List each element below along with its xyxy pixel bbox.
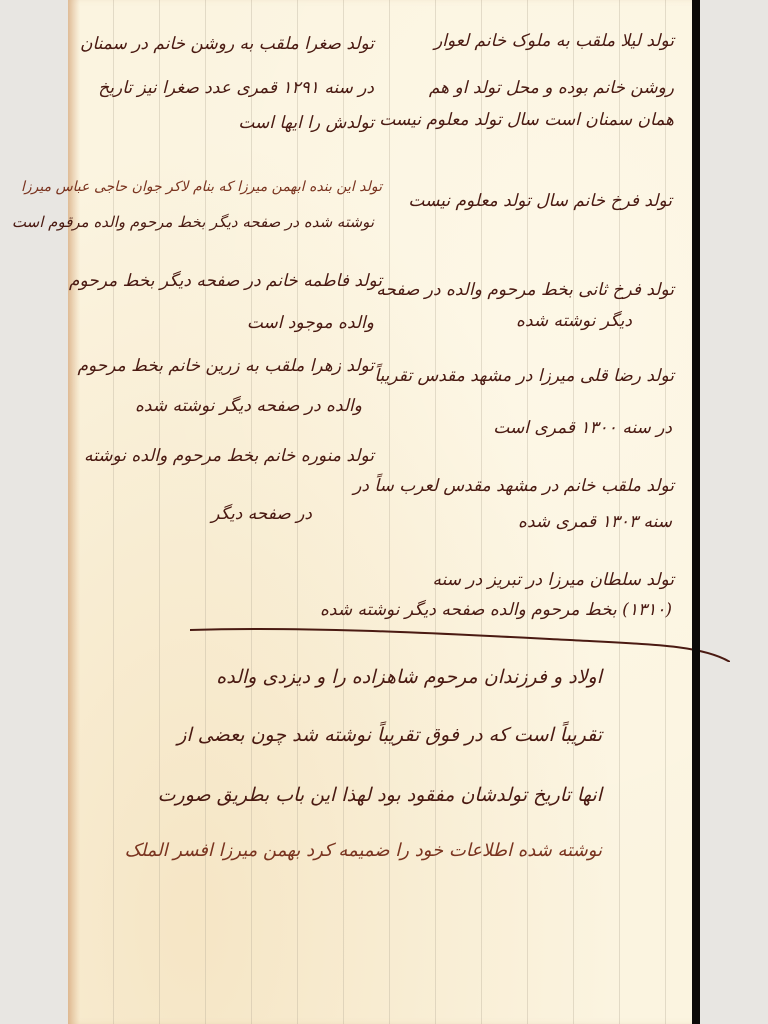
entry-right-2-line-1: تولد فرخ خانم سال تولد معلوم نیست	[408, 193, 672, 210]
manuscript-page: تولد لیلا ملقب به ملوک خانم لعوار روشن خ…	[68, 0, 692, 1024]
section-divider-line	[190, 622, 730, 662]
entry-right-6-line-2: (۱۳۱۰) بخط مرحوم والده صفحه دیگر نوشته ش…	[320, 602, 672, 619]
entry-right-3-line-2: دیگر نوشته شده	[516, 313, 632, 330]
entry-left-4-line-1: تولد زهرا ملقب به زرین خانم بخط مرحوم	[77, 358, 374, 375]
entry-right-4-line-2: در سنه ۱۳۰۰ قمری است	[493, 420, 672, 437]
entry-right-5-line-2: سنه ۱۳۰۳ قمری شده	[518, 514, 672, 531]
entry-left-4-line-2: والده در صفحه دیگر نوشته شده	[135, 398, 362, 415]
entry-right-6-line-1: تولد سلطان میرزا در تبریز در سنه	[433, 572, 674, 589]
entry-left-3-line-2: والده موجود است	[247, 315, 374, 332]
entry-left-1-line-3: تولدش را ایها است	[238, 115, 374, 132]
entry-right-1-line-3: همان سمنان است سال تولد معلوم نیست	[379, 112, 674, 129]
entry-right-1-line-2: روشن خانم بوده و محل تولد او هم	[429, 80, 674, 97]
entry-right-5-line-1: تولد ملقب خانم در مشهد مقدس لعرب ساً در	[353, 478, 674, 495]
paragraph-line-4: نوشته شده اطلاعات خود را ضمیمه کرد بهمن …	[125, 842, 602, 860]
entry-left-2-line-1: تولد این بنده ابهمن میرزا که بنام لاکر ج…	[21, 180, 382, 194]
entry-left-3-line-1: تولد فاطمه خانم در صفحه دیگر بخط مرحوم	[69, 273, 382, 290]
entry-right-1-line-1: تولد لیلا ملقب به ملوک خانم لعوار	[434, 33, 674, 50]
entry-left-2-line-2: نوشته شده در صفحه دیگر بخط مرحوم والده م…	[12, 215, 374, 230]
document-viewer: تولد لیلا ملقب به ملوک خانم لعوار روشن خ…	[0, 0, 768, 1024]
entry-right-3-line-1: تولد فرخ ثانی بخط مرحوم والده در صفحه	[376, 282, 674, 299]
paragraph-line-2: تقریباً است که در فوق تقریباً نوشته شد چ…	[177, 726, 602, 745]
page-binding-edge	[692, 0, 700, 1024]
entry-left-5-line-1: تولد منوره خانم بخط مرحوم والده نوشته	[84, 448, 374, 465]
paragraph-line-1: اولاد و فرزندان مرحوم شاهزاده را و دیزدی…	[216, 668, 602, 687]
entry-left-1-line-2: در سنه ۱۲۹۱ قمری عدد صغرا نیز تاریخ	[98, 80, 374, 97]
entry-right-4-line-1: تولد رضا قلی میرزا در مشهد مقدس تقریباً	[374, 368, 674, 385]
paragraph-line-3: انها تاریخ تولدشان مفقود بود لهذا این با…	[158, 786, 602, 805]
entry-left-1-line-1: تولد صغرا ملقب به روشن خانم در سمنان	[80, 36, 374, 53]
entry-left-5-line-2: در صفحه دیگر	[211, 506, 312, 523]
